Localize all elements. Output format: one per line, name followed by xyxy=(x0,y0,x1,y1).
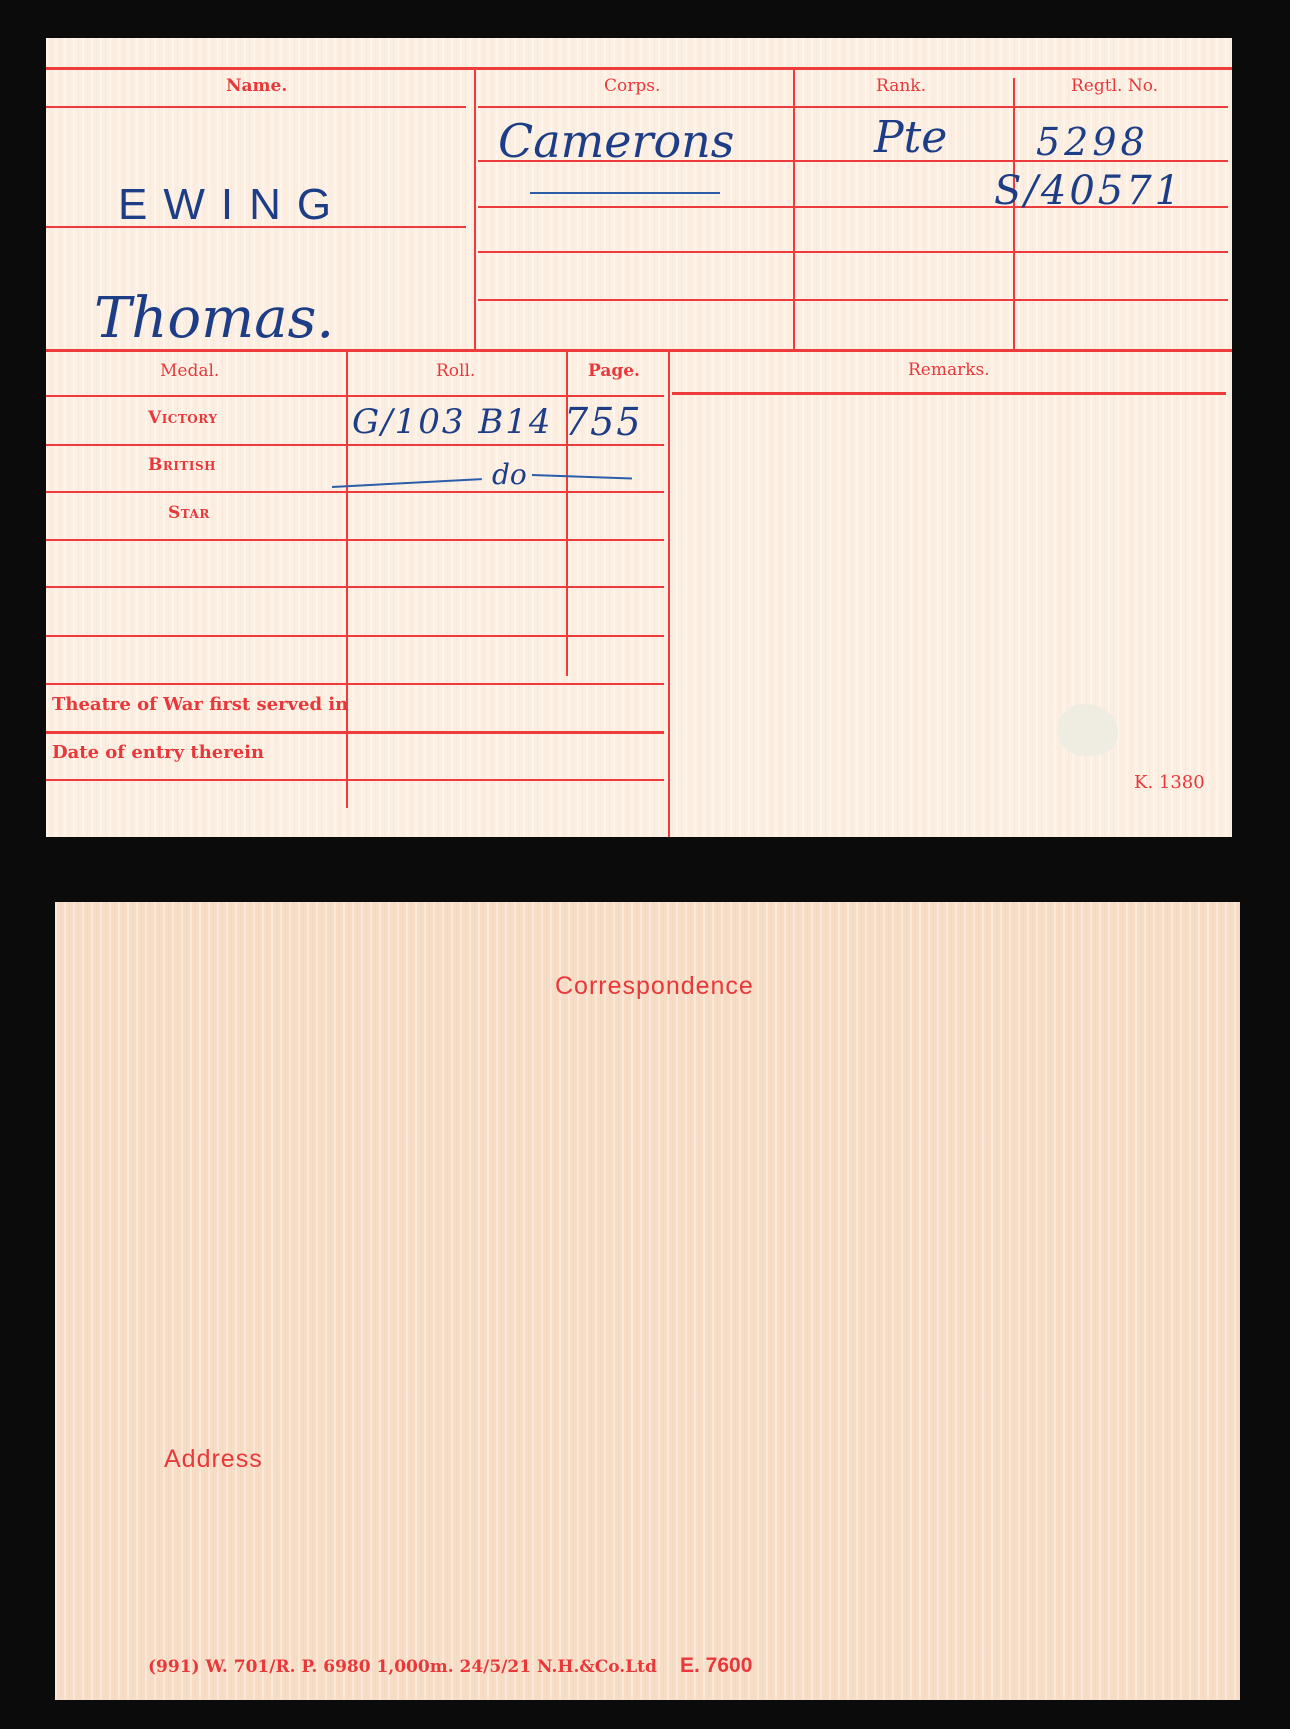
victory-page-entry: 755 xyxy=(564,400,643,444)
page-header: Page. xyxy=(588,361,640,381)
medal-index-card-back: Correspondence Address (991) W. 701/R. P… xyxy=(55,902,1240,1700)
surname-entry: EWING xyxy=(118,180,347,230)
rule xyxy=(478,299,1228,301)
theatre-of-war-label: Theatre of War first served in xyxy=(52,694,348,715)
corps-header: Corps. xyxy=(604,76,660,96)
date-of-entry-label: Date of entry therein xyxy=(52,742,264,763)
ditto-stroke xyxy=(332,478,482,488)
printer-imprint-text: (991) W. 701/R. P. 6980 1,000m. 24/5/21 … xyxy=(148,1657,657,1677)
remarks-rule xyxy=(672,392,1226,395)
footer-form-code: E. 7600 xyxy=(680,1654,752,1677)
rank-header: Rank. xyxy=(876,76,926,96)
top-rule xyxy=(46,67,1232,70)
divider-medal-roll xyxy=(346,352,348,808)
printer-imprint: (991) W. 701/R. P. 6980 1,000m. 24/5/21 … xyxy=(148,1654,752,1678)
address-label: Address xyxy=(164,1445,263,1474)
roll-header: Roll. xyxy=(436,361,475,381)
rule xyxy=(46,491,664,493)
medal-star-label: Star xyxy=(168,503,210,523)
embossed-stamp-mark xyxy=(1058,704,1118,756)
divider-rank-regtl xyxy=(1013,78,1015,352)
rule xyxy=(46,444,664,446)
rule xyxy=(46,539,664,541)
rule xyxy=(46,779,664,781)
forename-entry: Thomas. xyxy=(94,286,334,351)
divider-name-corps xyxy=(474,70,476,352)
rule xyxy=(46,586,664,588)
rule xyxy=(46,635,664,637)
divider-corps-rank xyxy=(793,70,795,352)
medal-header: Medal. xyxy=(160,361,219,381)
regtl-no-entry-1: 5298 xyxy=(1036,120,1149,164)
ditto-stroke xyxy=(530,192,720,194)
rule xyxy=(478,106,1228,108)
medal-index-card-front: Name. Corps. Rank. Regtl. No. EWING Thom… xyxy=(46,38,1232,837)
rule xyxy=(46,731,664,734)
rule xyxy=(46,395,664,397)
regtl-no-entry-2: S/40571 xyxy=(994,168,1183,214)
medal-victory-label: Victory xyxy=(148,408,217,428)
rank-entry: Pte xyxy=(874,112,947,163)
victory-roll-entry: G/103 B14 xyxy=(352,402,553,442)
regtl-no-header: Regtl. No. xyxy=(1071,76,1158,96)
rule xyxy=(46,683,664,685)
rule xyxy=(478,251,1228,253)
corps-entry: Camerons xyxy=(498,114,734,168)
form-code: K. 1380 xyxy=(1134,772,1205,793)
rule xyxy=(46,106,466,108)
divider-page-remarks xyxy=(668,352,670,837)
name-header: Name. xyxy=(226,76,287,96)
remarks-header: Remarks. xyxy=(908,360,990,380)
correspondence-label: Correspondence xyxy=(555,972,754,1001)
medal-british-label: British xyxy=(148,455,216,475)
british-roll-entry: do xyxy=(492,458,527,491)
ditto-stroke xyxy=(532,474,632,479)
